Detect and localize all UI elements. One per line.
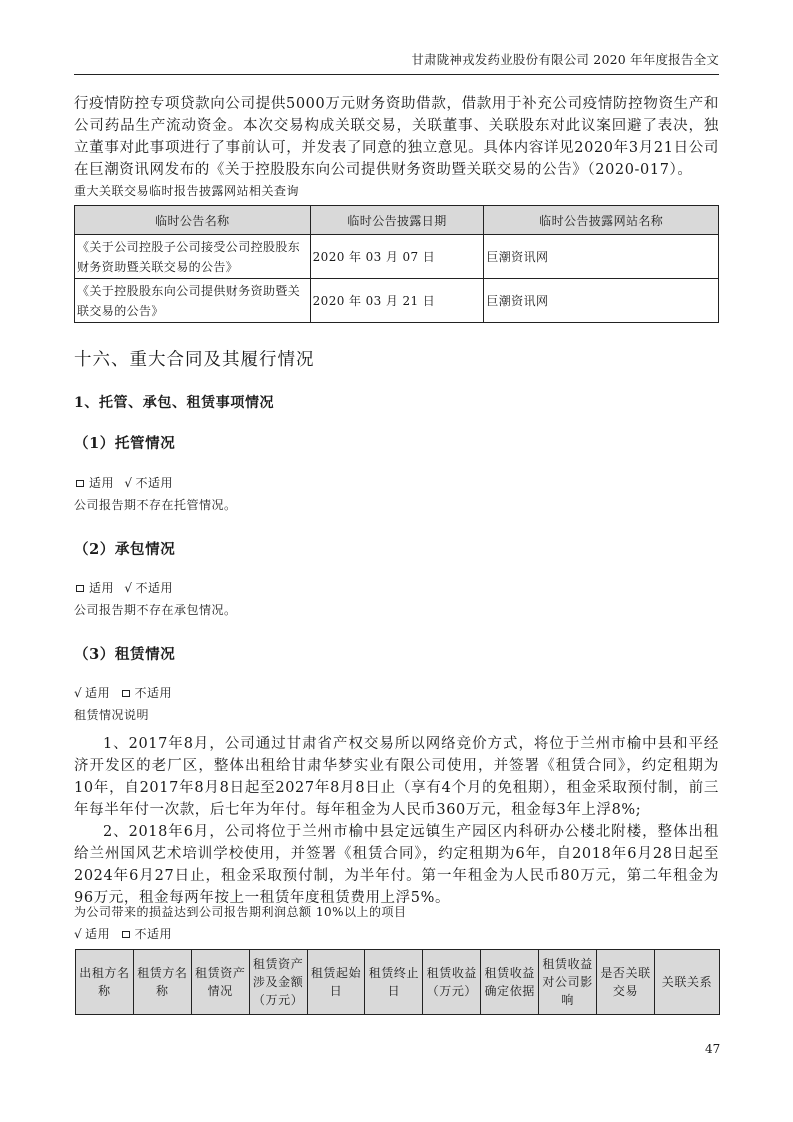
header-start-date: 租赁起始日 [307, 950, 365, 1015]
header-income-basis: 租赁收益确定依据 [481, 950, 539, 1015]
header-relationship: 关联关系 [654, 950, 719, 1015]
header-leased-asset: 租赁资产情况 [191, 950, 249, 1015]
header-disclosure-date: 临时公告披露日期 [310, 206, 484, 235]
leasing-applicability: √适用 不适用 [74, 684, 172, 701]
leasing-note-label: 租赁情况说明 [74, 706, 149, 724]
custody-applicability: 适用 √不适用 [74, 474, 173, 491]
lease-paragraph-2: 2、2018年6月，公司将位于兰州市榆中县定远镇生产园区内科研办公楼北附楼，整体… [74, 821, 719, 909]
disclosure-date: 2020 年 03 月 21 日 [310, 279, 484, 323]
custody-note: 公司报告期不存在托管情况。 [74, 496, 237, 514]
contracting-note: 公司报告期不存在承包情况。 [74, 601, 237, 619]
unchecked-box-icon [76, 585, 84, 592]
header-asset-amount: 租赁资产涉及金额（万元） [249, 950, 307, 1015]
unchecked-box-icon [76, 480, 84, 487]
header-income-impact: 租赁收益对公司影响 [539, 950, 597, 1015]
unchecked-box-icon [122, 690, 130, 697]
header-announcement-name: 临时公告名称 [75, 206, 311, 235]
table-row: 《关于公司控股子公司接受公司控股股东财务资助暨关联交易的公告》 2020 年 0… [75, 235, 719, 279]
header-related-transaction: 是否关联交易 [597, 950, 655, 1015]
checkmark-icon: √ [74, 686, 82, 700]
contracting-applicability: 适用 √不适用 [74, 579, 173, 596]
disclosure-date: 2020 年 03 月 07 日 [310, 235, 484, 279]
checkmark-icon: √ [124, 581, 132, 595]
page-number: 47 [705, 1042, 720, 1056]
report-title: 甘肃陇神戎发药业股份有限公司 2020 年年度报告全文 [411, 52, 719, 67]
section-title: 十六、重大合同及其履行情况 [74, 346, 315, 371]
lease-paragraph-1: 1、2017年8月，公司通过甘肃省产权交易所以网络竞价方式，将位于兰州市榆中县和… [74, 733, 719, 821]
unchecked-box-icon [122, 931, 130, 938]
header-lessor: 出租方名称 [76, 950, 134, 1015]
table-row: 《关于控股股东向公司提供财务资助暨关联交易的公告》 2020 年 03 月 21… [75, 279, 719, 323]
header-end-date: 租赁终止日 [365, 950, 423, 1015]
table-header-row: 出租方名称 租赁方名称 租赁资产情况 租赁资产涉及金额（万元） 租赁起始日 租赁… [76, 950, 720, 1015]
checkmark-icon: √ [74, 927, 82, 941]
announcement-name: 《关于公司控股子公司接受公司控股股东财务资助暨关联交易的公告》 [75, 235, 311, 279]
announcement-name: 《关于控股股东向公司提供财务资助暨关联交易的公告》 [75, 279, 311, 323]
report-header: 甘肃陇神戎发药业股份有限公司 2020 年年度报告全文 [74, 50, 719, 75]
significant-items-label: 为公司带来的损益达到公司报告期利润总额 10%以上的项目 [74, 903, 407, 921]
website-name: 巨潮资讯网 [484, 235, 719, 279]
disclosure-table-caption: 重大关联交易临时报告披露网站相关查询 [74, 182, 299, 200]
table-header-row: 临时公告名称 临时公告披露日期 临时公告披露网站名称 [75, 206, 719, 235]
website-name: 巨潮资讯网 [484, 279, 719, 323]
custody-title: （1）托管情况 [74, 432, 175, 453]
intro-paragraph: 行疫情防控专项贷款向公司提供5000万元财务资助借款，借款用于补充公司疫情防控物… [74, 93, 719, 181]
leasing-title: （3）租赁情况 [74, 643, 175, 664]
disclosure-table: 临时公告名称 临时公告披露日期 临时公告披露网站名称 《关于公司控股子公司接受公… [74, 205, 719, 323]
header-lease-income: 租赁收益（万元） [423, 950, 481, 1015]
checkmark-icon: √ [124, 476, 132, 490]
subsection-title: 1、托管、承包、租赁事项情况 [74, 392, 274, 412]
significant-items-applicability: √适用 不适用 [74, 925, 172, 942]
header-lessee: 租赁方名称 [133, 950, 191, 1015]
contracting-title: （2）承包情况 [74, 538, 175, 559]
lease-table: 出租方名称 租赁方名称 租赁资产情况 租赁资产涉及金额（万元） 租赁起始日 租赁… [75, 949, 720, 1015]
header-website-name: 临时公告披露网站名称 [484, 206, 719, 235]
